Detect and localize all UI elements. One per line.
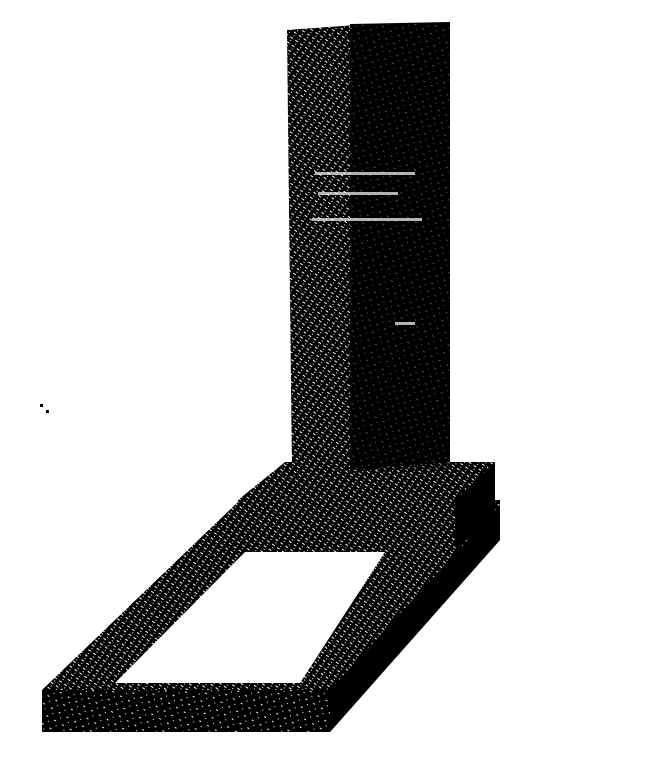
stele [287, 22, 450, 470]
stray-dots [40, 404, 49, 413]
plinth [238, 462, 495, 548]
gravestone-illustration [0, 0, 659, 759]
